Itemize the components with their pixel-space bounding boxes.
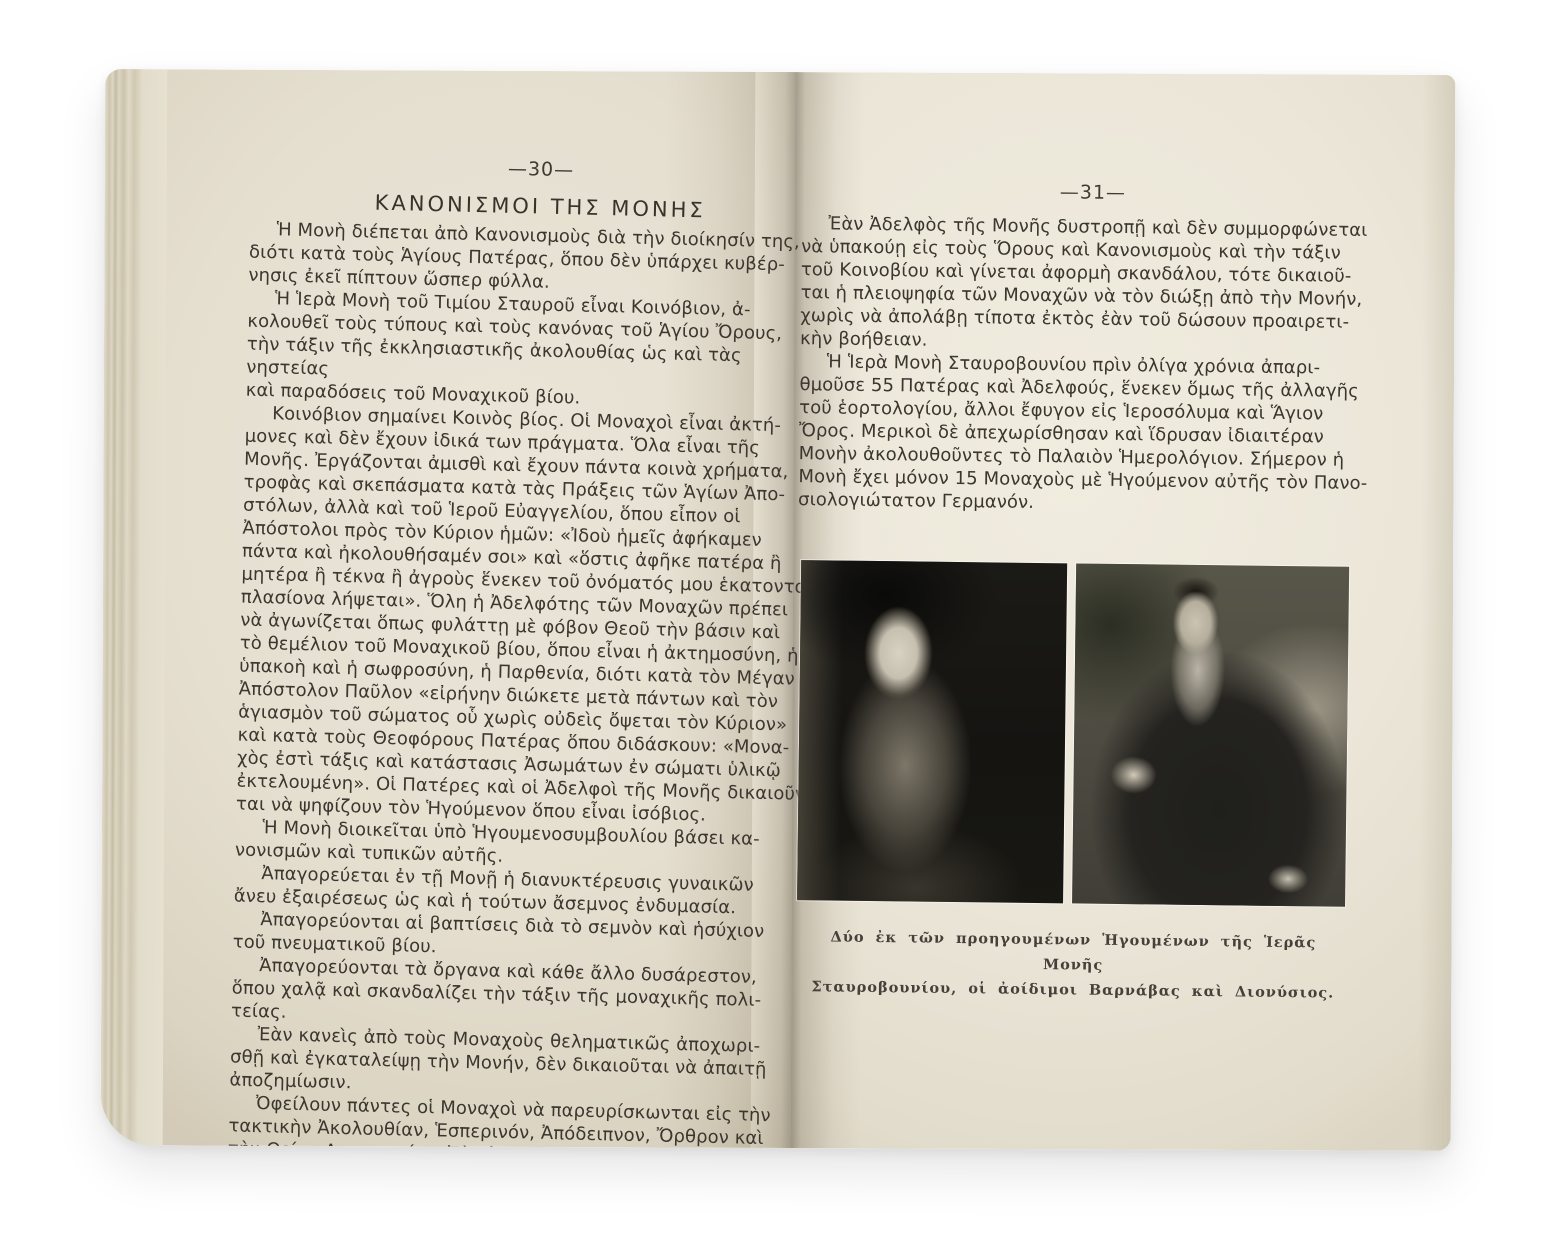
right-monk-portrait-photo [1072,563,1349,906]
photo-caption: Δύο ἐκ τῶν προηγουμένων Ἡγουμένων τῆς Ἱε… [799,924,1348,1006]
page-number-right: —31— [802,178,1384,207]
open-book-spread: —30— ΚΑΝΟΝΙΣΜΟΙ ΤΗΣ ΜΟΝΗΣ Ἡ Μονὴ διέπετα… [101,69,1456,1151]
page-number-left: —30— [251,152,831,188]
left-page-body: Ἡ Μονὴ διέπεται ἀπὸ Κανονισμοὺς διὰ τὴν … [226,218,830,1151]
paragraph: Ἡ Ἱερὰ Μονὴ Σταυροβουνίου πρὶν ὀλίγα χρό… [798,350,1382,518]
right-page-content: —31— Ἐὰν Ἀδελφὸς τῆς Μονῆς δυστροπῇ καὶ … [798,72,1385,518]
left-page-content: —30— ΚΑΝΟΝΙΣΜΟΙ ΤΗΣ ΜΟΝΗΣ Ἡ Μονὴ διέπετα… [226,70,833,1151]
monk-photographs [797,560,1349,907]
right-page-body: Ἐὰν Ἀδελφὸς τῆς Μονῆς δυστροπῇ καὶ δὲν σ… [798,212,1384,518]
left-monk-portrait-photo [797,560,1067,903]
paragraph: Ἡ Ἱερὰ Μονὴ τοῦ Τιμίου Σταυροῦ εἶναι Κοι… [246,287,829,416]
page-edge-stack [101,69,168,1145]
paragraph: Ἐὰν Ἀδελφὸς τῆς Μονῆς δυστροπῇ καὶ δὲν σ… [800,212,1384,357]
paragraph: Κοινόβιον σημαίνει Κοινὸς βίος. Οἱ Μοναχ… [236,402,826,830]
